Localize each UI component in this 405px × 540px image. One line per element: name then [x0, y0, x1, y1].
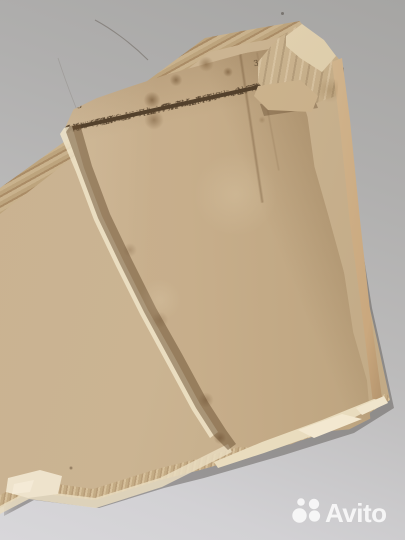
dust-speck	[281, 12, 284, 15]
page-number-secondary: 3	[76, 101, 83, 111]
avito-wordmark: Avito	[325, 500, 387, 526]
photo-canvas: 3 3 ованіе будетъ исполнено, потому что …	[0, 0, 405, 540]
watermark: Avito	[285, 492, 405, 534]
avito-dots-icon	[285, 492, 325, 528]
